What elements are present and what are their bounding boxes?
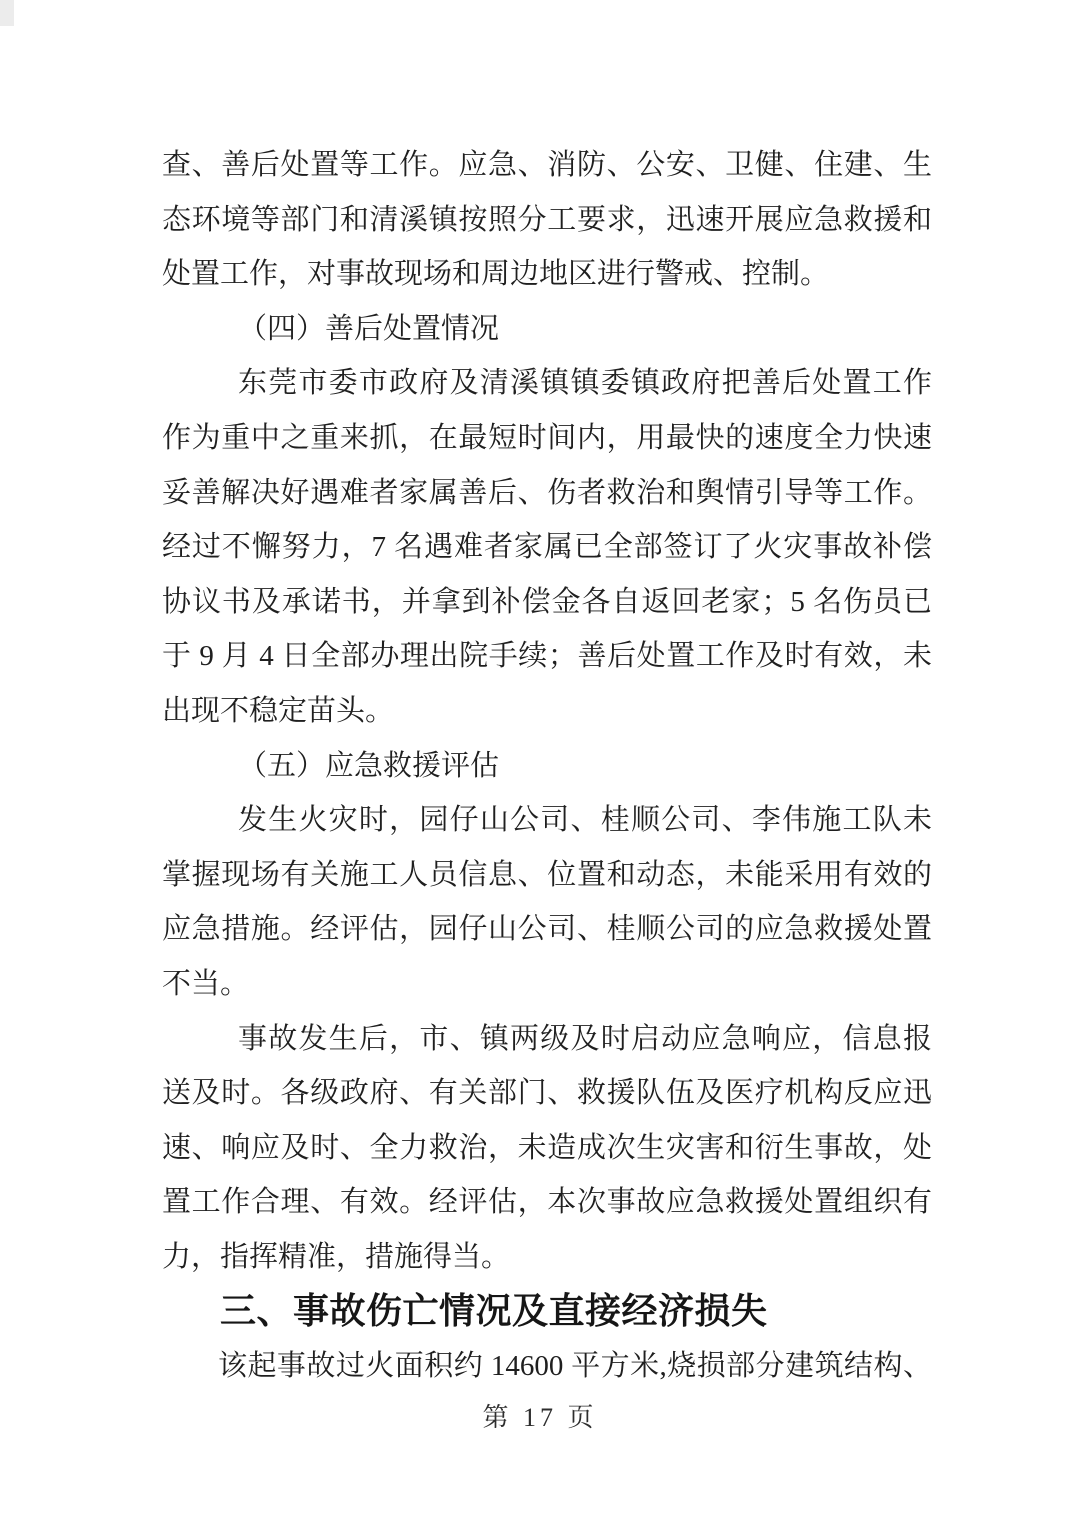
- scan-artifact: [0, 0, 14, 26]
- paragraph-rescue-evaluation-2: 事故发生后，市、镇两级及时启动应急响应，信息报送及时。各级政府、有关部门、救援队…: [162, 1012, 932, 1285]
- document-body: 查、善后处置等工作。应急、消防、公安、卫健、住建、生态环境等部门和清溪镇按照分工…: [162, 138, 932, 1394]
- paragraph-aftermath-handling: 东莞市委市政府及清溪镇镇委镇政府把善后处置工作作为重中之重来抓，在最短时间内，用…: [162, 356, 932, 738]
- subheading-section-5: （五）应急救援评估: [162, 739, 932, 794]
- page-number: 第 17 页: [0, 1398, 1080, 1438]
- paragraph-continuation: 查、善后处置等工作。应急、消防、公安、卫健、住建、生态环境等部门和清溪镇按照分工…: [162, 138, 932, 302]
- subheading-section-4: （四）善后处置情况: [162, 302, 932, 357]
- paragraph-rescue-evaluation-1: 发生火灾时，园仔山公司、桂顺公司、李伟施工队未掌握现场有关施工人员信息、位置和动…: [162, 793, 932, 1011]
- section-heading-casualties-losses: 三、事故伤亡情况及直接经济损失: [162, 1284, 932, 1339]
- paragraph-fire-area: 该起事故过火面积约 14600 平方米,烧损部分建筑结构、: [162, 1339, 932, 1394]
- document-page: 查、善后处置等工作。应急、消防、公安、卫健、住建、生态环境等部门和清溪镇按照分工…: [0, 0, 1080, 1528]
